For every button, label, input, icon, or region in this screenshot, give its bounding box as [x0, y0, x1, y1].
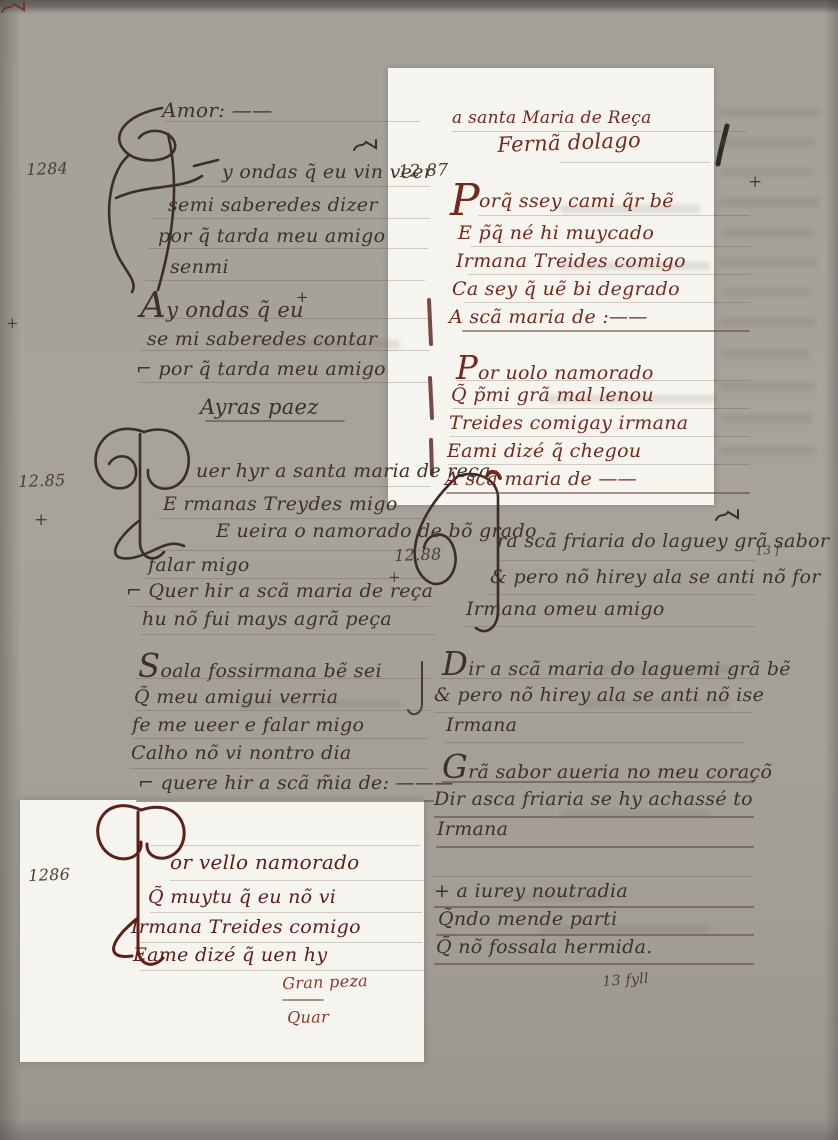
heading-amor: Amor: ——: [162, 100, 273, 121]
ruled-line: [468, 274, 750, 275]
line-1287-5: A scã maria de :——: [449, 308, 648, 328]
line-gra-1: Grã sabor aueria no meu coraçõ: [442, 755, 772, 783]
line-dir-1: Dir a scã maria do laguemi grã bẽ: [442, 652, 791, 680]
ruled-line: [470, 246, 750, 247]
ruled-line: [465, 302, 750, 303]
ruled-line: [132, 738, 429, 739]
bleed-through-ghost: [722, 350, 810, 359]
line-1284-4: senmi: [170, 258, 229, 278]
initial-P-1287: P: [450, 178, 480, 224]
ruled-line: [150, 218, 430, 219]
line-refrain-2: se mi saberedes contar: [147, 330, 377, 350]
line-1287b-4: Eami dizé q̃ chegou: [447, 442, 641, 462]
line-soala-5: ⌐ quere hir a scã m̃ia de: ———: [138, 774, 454, 794]
manuscript-page: Amor: ——y ondas q̃ eu vin veersemi saber…: [0, 0, 838, 1140]
pen-scribble-3: [714, 508, 742, 524]
ruled-line: [450, 436, 750, 437]
line-soala-3: fe me ueer e falar migo: [132, 716, 364, 736]
ruled-line: [464, 626, 756, 627]
ruled-line: [282, 999, 324, 1001]
bleed-through-ghost: [720, 382, 814, 391]
line-soala-2: Q̃ meu amigui verria: [134, 688, 338, 708]
ruled-line: [140, 942, 422, 943]
line-1287-3: Irmana Treides comigo: [456, 252, 686, 272]
note-quar: Quar: [287, 1009, 329, 1027]
line-1287b-2: Q̃ p̃mi grã mal lenou: [451, 386, 654, 406]
bleed-through-ghost: [720, 138, 815, 147]
margin-plus4: +: [748, 174, 763, 192]
line-1288-2: & pero nõ hirey ala se anti nõ for: [490, 568, 821, 588]
ruled-line: [158, 518, 430, 519]
pen-scribble-2: [0, 0, 28, 16]
line-soala-1: Soala fossirmana bẽ sei: [138, 654, 382, 682]
bleed-through-ghost: [722, 288, 812, 297]
folio-mark-bottom: 13 fyll: [602, 972, 649, 990]
bleed-through-ghost: [722, 168, 812, 177]
line-1287-1: orq̃ ssey cami q̃r bẽ: [479, 192, 674, 212]
ruled-line: [495, 560, 755, 561]
ruled-line: [432, 876, 754, 877]
ruled-line: [150, 845, 420, 846]
margin-plus: +: [34, 512, 49, 530]
line-1287b-3: Treides comigay irmana: [449, 414, 688, 434]
line-iurey-1: + a iurey noutradia: [434, 882, 628, 902]
ruled-line: [462, 330, 750, 332]
ruled-line: [130, 768, 428, 769]
ruled-line: [160, 486, 430, 487]
line-iurey-2: Q̃ndo mende parti: [438, 910, 617, 930]
margin-number-1287: 12 87: [398, 162, 449, 182]
line-dir-2: & pero nõ hirey ala se anti nõ ise: [434, 686, 764, 706]
ruled-line: [136, 800, 434, 802]
heading-author: Ayras paez: [200, 396, 319, 418]
ruled-line: [452, 408, 750, 409]
line-1286-1: or vello namorado: [170, 852, 360, 873]
margin-plus2: +: [388, 570, 401, 586]
ruled-line: [436, 846, 754, 848]
margin-number-1286: 1286: [28, 867, 70, 885]
plus-mark: +: [296, 290, 309, 306]
ruled-line: [140, 350, 430, 351]
line-1285-4: falar migo: [148, 556, 250, 576]
bleed-through-ghost: [722, 228, 814, 237]
ruled-line: [145, 280, 425, 281]
line-1284-3: por q̃ tarda meu amigo: [158, 227, 385, 247]
margin-plus3: +: [6, 316, 19, 332]
note-gran-peza: Gran peza: [282, 973, 368, 993]
bleed-through-ghost: [722, 414, 812, 423]
bleed-through-ghost: [720, 318, 816, 327]
pen-scribble-1: [352, 138, 380, 154]
line-dir-3: Irmana: [446, 716, 517, 736]
line-1285-6: hu nõ fui mays agrã peça: [142, 610, 392, 630]
ruled-line: [130, 606, 430, 607]
bleed-through-ghost: [720, 108, 820, 117]
line-soala-4: Calho nõ vi nontro dia: [131, 744, 352, 764]
line-refrain-1: Ay ondas q̃ eu: [140, 293, 304, 321]
pen-hook-mark: [404, 660, 430, 720]
line-1288-3: Irmana omeu amigo: [466, 600, 665, 620]
line-1285-2: E rmanas Treydes migo: [163, 495, 398, 515]
line-gra-3: Irmana: [437, 820, 508, 840]
line-1287b-5: A scã maria de ——: [445, 470, 637, 490]
ruled-line: [488, 594, 756, 595]
heading-author2: Fernã dolago: [497, 129, 641, 156]
bleed-through-ghost: [720, 198, 820, 207]
line-1285-3: E ueira o namorado de bõ grado: [216, 522, 537, 542]
ruled-line: [448, 464, 750, 465]
line-1287-2: E p̃q̃ né hi muycado: [458, 224, 654, 244]
folio-mark-right: 13 f'': [755, 543, 788, 558]
heading-rubric: a santa Maria de Reça: [452, 110, 652, 128]
line-1286-3: Irmana Treides comigo: [131, 918, 361, 938]
line-iurey-3: Q̃ nõ fossala hermida.: [436, 938, 653, 958]
ruled-line: [170, 880, 425, 881]
margin-number-1285: 12.85: [18, 472, 66, 490]
ruled-line: [138, 382, 428, 383]
margin-number-1284: 1284: [26, 161, 68, 179]
ruled-line: [140, 970, 424, 971]
line-1287-4: Ca sey q̃ uẽ bi degrado: [452, 280, 680, 300]
ruled-line: [560, 162, 710, 163]
line-1287b-1: Por uolo namorado: [456, 356, 654, 384]
ruled-line: [446, 492, 750, 494]
ruled-line: [150, 550, 430, 551]
ruled-line: [134, 710, 430, 711]
line-refrain-3: ⌐ por q̃ tarda meu amigo: [136, 360, 386, 380]
line-1286-4: Eame dizé q̃ uen hy: [133, 946, 327, 966]
ruled-line: [150, 912, 422, 913]
ruled-line: [444, 742, 744, 743]
ruled-line: [148, 248, 428, 249]
line-1286-2: Q̃ muytu q̃ eu nõ vi: [148, 888, 336, 908]
ruled-line: [140, 634, 435, 635]
ruled-line: [434, 963, 754, 965]
line-gra-2: Dir asca friaria se hy achassé to: [434, 790, 753, 810]
ruled-line: [205, 420, 345, 422]
line-1284-2: semi saberedes dizer: [168, 196, 378, 216]
ruled-line: [434, 712, 752, 713]
ruled-line: [478, 215, 750, 216]
bleed-through-ghost: [720, 446, 815, 455]
bleed-through-ghost: [720, 258, 818, 267]
margin-number-1288: 12.88: [394, 546, 442, 564]
ruled-line: [150, 186, 430, 187]
